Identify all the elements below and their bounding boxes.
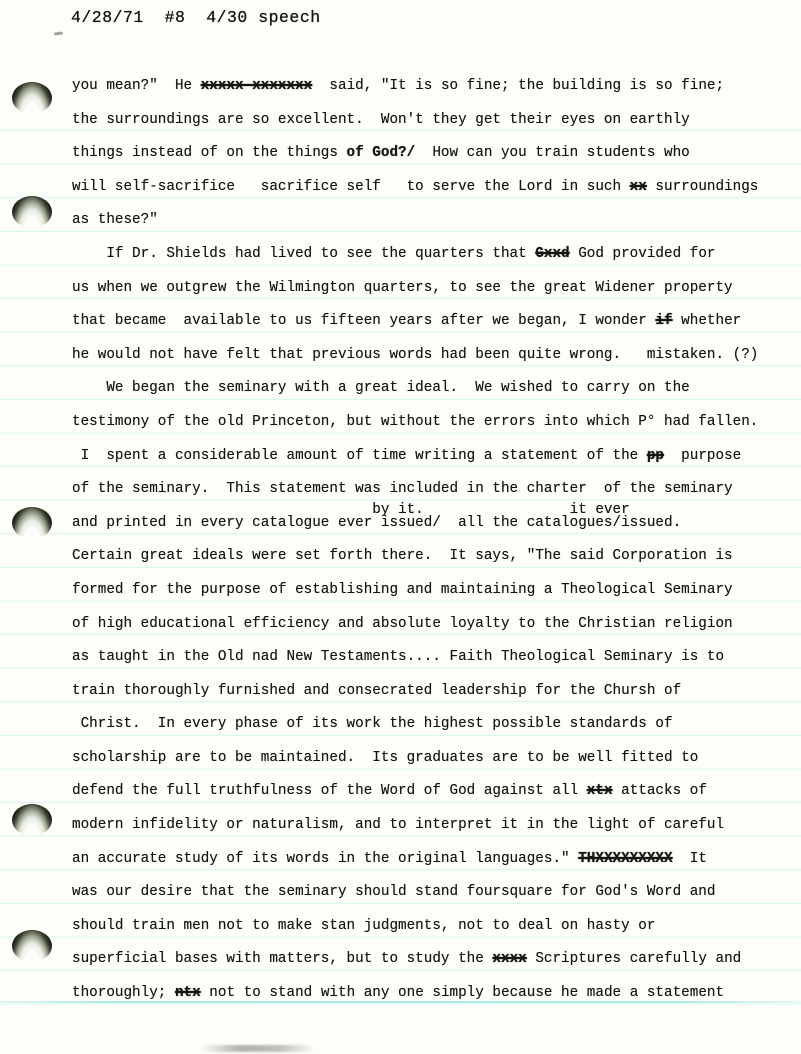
text-segment: superficial bases with matters, but to s… <box>72 951 492 967</box>
text-segment: an accurate study of its words in the or… <box>72 851 578 867</box>
text-line: modern infidelity or naturalism, and to … <box>72 809 787 843</box>
text-line: that became available to us fifteen year… <box>72 305 787 339</box>
struck-out-text: Gxxd <box>535 246 569 262</box>
text-line: of high educational efficiency and absol… <box>72 608 787 642</box>
text-segment: How can you train students who <box>415 145 690 161</box>
text-segment: attacks of <box>613 783 707 799</box>
text-line: I spent a considerable amount of time wr… <box>72 440 787 474</box>
text-segment: God provided for <box>570 246 716 262</box>
hole-punch-mark <box>12 930 52 962</box>
text-line: formed for the purpose of establishing a… <box>72 574 787 608</box>
scanned-typewritten-page: 4/28/71 #8 4/30 speech you mean?" He xxx… <box>0 0 801 1054</box>
text-line: he would not have felt that previous wor… <box>72 339 787 373</box>
struck-out-text: pp <box>647 448 664 464</box>
text-segment: the surroundings are so excellent. Won't… <box>72 112 690 128</box>
scan-smudge-mark <box>200 1045 315 1052</box>
text-line: testimony of the old Princeton, but with… <box>72 406 787 440</box>
text-segment: train thoroughly furnished and consecrat… <box>72 683 681 699</box>
stray-pen-mark <box>54 31 63 35</box>
text-segment: whether <box>673 313 742 329</box>
text-segment: of high educational efficiency and absol… <box>72 616 733 632</box>
text-line: as taught in the Old nad New Testaments.… <box>72 641 787 675</box>
text-line: will self-sacrifice sacrifice self to se… <box>72 171 787 205</box>
text-segment: he would not have felt that previous wor… <box>72 347 758 363</box>
text-line: Christ. In every phase of its work the h… <box>72 708 787 742</box>
text-segment: by it. it ever <box>72 502 630 518</box>
struck-out-text: ntx <box>175 985 201 1001</box>
text-segment: I spent a considerable amount of time wr… <box>72 448 647 464</box>
text-segment: you mean?" He <box>72 78 201 94</box>
text-segment: as taught in the Old nad New Testaments.… <box>72 649 724 665</box>
struck-out-text: xxxxx xxxxxxx <box>201 78 313 94</box>
text-line: If Dr. Shields had lived to see the quar… <box>72 238 787 272</box>
text-segment: We began the seminary with a great ideal… <box>72 380 690 396</box>
text-segment: Christ. In every phase of its work the h… <box>72 716 673 732</box>
hole-punch-mark <box>12 507 52 539</box>
text-line: thoroughly; ntx not to stand with any on… <box>72 977 787 1011</box>
text-segment: purpose <box>664 448 741 464</box>
text-segment: Scriptures carefully and <box>527 951 742 967</box>
text-line: us when we outgrew the Wilmington quarte… <box>72 272 787 306</box>
text-segment: was our desire that the seminary should … <box>72 884 715 900</box>
text-line: We began the seminary with a great ideal… <box>72 372 787 406</box>
text-line: superficial bases with matters, but to s… <box>72 943 787 977</box>
text-line: train thoroughly furnished and consecrat… <box>72 675 787 709</box>
hole-punch-mark <box>12 82 52 114</box>
page-header-annotation: 4/28/71 #8 4/30 speech <box>71 8 321 27</box>
text-segment: scholarship are to be maintained. Its gr… <box>72 750 698 766</box>
typewritten-text: you mean?" He xxxxx xxxxxxx said, "It is… <box>72 70 787 1011</box>
text-segment: of God?/ <box>347 145 416 161</box>
text-line: should train men not to make stan judgme… <box>72 910 787 944</box>
hole-punch-mark <box>12 804 52 836</box>
text-line: Certain great ideals were set forth ther… <box>72 540 787 574</box>
text-line: you mean?" He xxxxx xxxxxxx said, "It is… <box>72 70 787 104</box>
text-segment: things instead of on the things <box>72 145 347 161</box>
struck-out-text: if <box>655 313 672 329</box>
text-line: defend the full truthfulness of the Word… <box>72 775 787 809</box>
text-line: was our desire that the seminary should … <box>72 876 787 910</box>
struck-out-text: xtx <box>587 783 613 799</box>
hole-punch-mark <box>12 196 52 228</box>
struck-out-text: xx <box>630 179 647 195</box>
text-line: things instead of on the things of God?/… <box>72 137 787 171</box>
text-segment: modern infidelity or naturalism, and to … <box>72 817 724 833</box>
text-segment: defend the full truthfulness of the Word… <box>72 783 587 799</box>
text-segment: If Dr. Shields had lived to see the quar… <box>72 246 535 262</box>
text-segment: as these?" <box>72 212 158 228</box>
text-segment: that became available to us fifteen year… <box>72 313 655 329</box>
text-line: an accurate study of its words in the or… <box>72 843 787 877</box>
text-segment: thoroughly; <box>72 985 175 1001</box>
text-segment: surroundings <box>647 179 759 195</box>
text-segment: It <box>673 851 707 867</box>
text-segment: should train men not to make stan judgme… <box>72 918 655 934</box>
text-segment: formed for the purpose of establishing a… <box>72 582 733 598</box>
text-segment: will self-sacrifice sacrifice self to se… <box>72 179 630 195</box>
text-segment: not to stand with any one simply because… <box>201 985 724 1001</box>
text-segment: said, "It is so fine; the building is so… <box>312 78 724 94</box>
struck-out-text: xxxx <box>492 951 526 967</box>
struck-out-text: THXXXXXXXXX <box>578 851 672 867</box>
text-segment: Certain great ideals were set forth ther… <box>72 548 733 564</box>
text-segment: testimony of the old Princeton, but with… <box>72 414 758 430</box>
text-line: as these?" <box>72 204 787 238</box>
text-line: scholarship are to be maintained. Its gr… <box>72 742 787 776</box>
text-line: the surroundings are so excellent. Won't… <box>72 104 787 138</box>
text-segment: us when we outgrew the Wilmington quarte… <box>72 280 733 296</box>
